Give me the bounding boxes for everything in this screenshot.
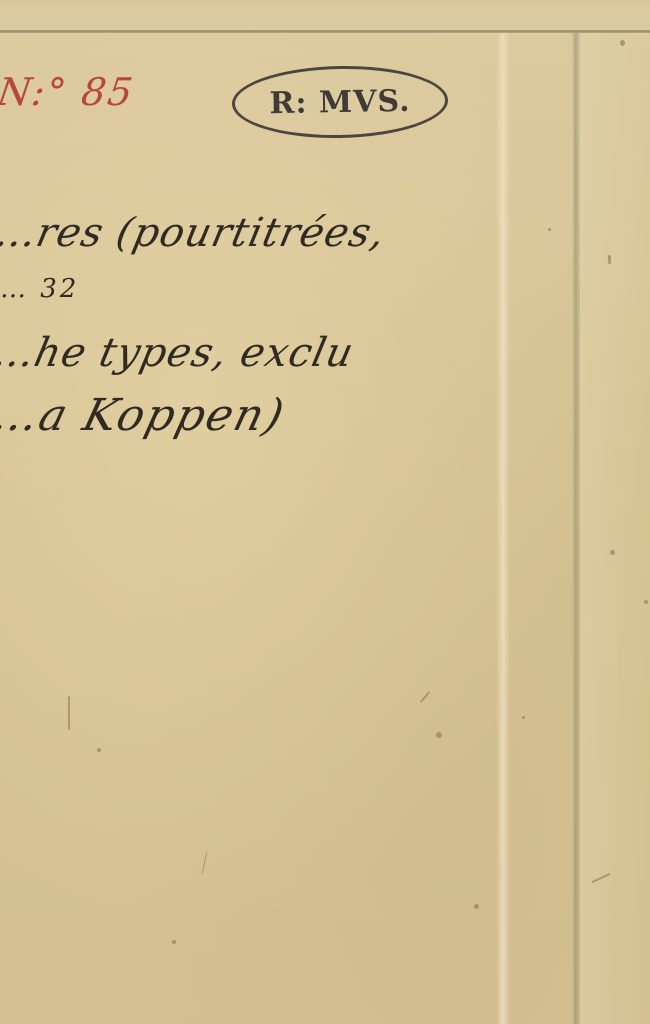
paper-speck: [644, 600, 648, 604]
paper-speck: [608, 255, 611, 264]
paper-fiber: [68, 696, 70, 730]
paper-speck: [97, 748, 101, 752]
handwritten-line-3: …he types, exclu: [0, 330, 358, 376]
paper-speck: [610, 550, 615, 555]
top-border-rule: [0, 30, 650, 33]
paper-speck: [474, 904, 479, 909]
paper-speck: [522, 716, 525, 719]
fold-crease: [572, 33, 580, 1024]
handwritten-line-1: …res (pourtitrées,: [0, 210, 390, 256]
paper-speck: [548, 228, 551, 231]
handwritten-line-2: … 32: [0, 274, 79, 304]
handwritten-line-4: …a Koppen): [0, 390, 291, 441]
right-paper-strip: [580, 33, 650, 1024]
paper-speck: [436, 732, 442, 738]
paper-speck: [620, 40, 625, 46]
paper-speck: [172, 940, 176, 944]
stamp-text: R: MVS.: [269, 83, 411, 120]
paper-background: [0, 0, 650, 1024]
fold-highlight: [496, 33, 510, 1024]
top-paper-edge: [0, 0, 650, 30]
catalog-number: N:° 85: [0, 70, 137, 114]
